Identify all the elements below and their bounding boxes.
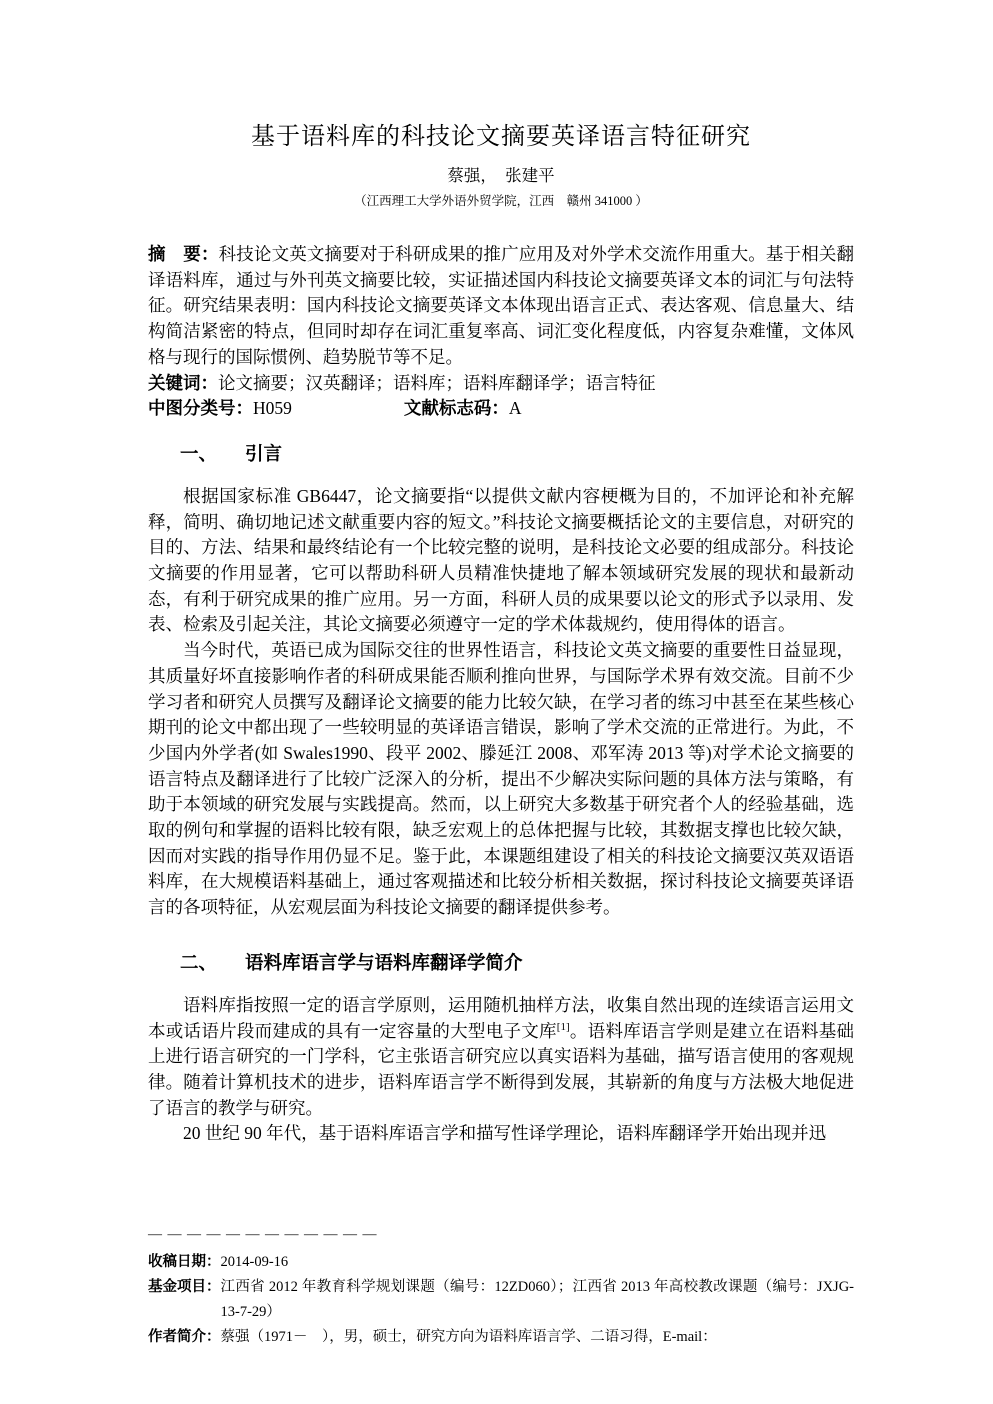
received-date-value: 2014-09-16: [221, 1250, 855, 1275]
section-1-heading: 一、引言: [180, 442, 854, 468]
footnote-fund-row: 基金项目： 江西省 2012 年教育科学规划课题（编号：12ZD060）；江西省…: [148, 1275, 854, 1325]
abstract-block: 摘 要：科技论文英文摘要对于科研成果的推广应用及对外学术交流作用重大。基于相关翻…: [148, 242, 854, 371]
footnote-author-row: 作者简介： 蔡强（1971－ ），男，硕士，研究方向为语料库语言学、二语习得，E…: [148, 1325, 854, 1350]
paper-affiliation: （江西理工大学外语外贸学院，江西 赣州 341000 ）: [148, 192, 854, 210]
section-2-paragraph-1: 语料库指按照一定的语言学原则，运用随机抽样方法，收集自然出现的连续语言运用文本或…: [148, 993, 854, 1122]
fund-project-label: 基金项目：: [148, 1275, 221, 1300]
author-bio-label: 作者简介：: [148, 1325, 221, 1350]
clc-value: H059: [253, 398, 292, 418]
footnote-received-row: 收稿日期： 2014-09-16: [148, 1250, 854, 1275]
section-1-number: 一、: [180, 445, 217, 465]
paper-page: 基于语料库的科技论文摘要英译语言特征研究 蔡强， 张建平 （江西理工大学外语外贸…: [0, 0, 993, 1404]
citation-reference-1: [1]: [557, 1021, 570, 1033]
section-2-number: 二、: [180, 954, 217, 974]
footnote-separator: — — — — — — — — — — — —: [148, 1222, 854, 1247]
doc-code-label: 文献标志码：: [404, 398, 509, 418]
doc-code-value: A: [509, 398, 522, 418]
fund-project-value: 江西省 2012 年教育科学规划课题（编号：12ZD060）；江西省 2013 …: [221, 1275, 855, 1325]
section-1-paragraph-1: 根据国家标准 GB6447，论文摘要指“以提供文献内容梗概为目的，不加评论和补充…: [148, 484, 854, 638]
abstract-text: 科技论文英文摘要对于科研成果的推广应用及对外学术交流作用重大。基于相关翻译语料库…: [148, 244, 854, 367]
keywords-label: 关键词：: [148, 373, 218, 393]
section-2-paragraph-2: 20 世纪 90 年代，基于语料库语言学和描写性译学理论，语料库翻译学开始出现并…: [148, 1121, 854, 1147]
keywords-line: 关键词：论文摘要；汉英翻译；语料库；语料库翻译学；语言特征: [148, 371, 854, 397]
paper-content: 基于语料库的科技论文摘要英译语言特征研究 蔡强， 张建平 （江西理工大学外语外贸…: [148, 120, 854, 1147]
received-date-label: 收稿日期：: [148, 1250, 221, 1275]
section-2-title: 语料库语言学与语料库翻译学简介: [245, 954, 523, 974]
section-1-paragraph-2: 当今时代，英语已成为国际交往的世界性语言，科技论文英文摘要的重要性日益显现，其质…: [148, 638, 854, 921]
abstract-label: 摘 要：: [148, 244, 219, 264]
section-2-heading: 二、语料库语言学与语料库翻译学简介: [180, 951, 854, 977]
author-bio-value: 蔡强（1971－ ），男，硕士，研究方向为语料库语言学、二语习得，E-mail：: [221, 1325, 855, 1350]
paper-title: 基于语料库的科技论文摘要英译语言特征研究: [148, 120, 854, 154]
classification-line: 中图分类号：H059文献标志码：A: [148, 396, 854, 422]
keywords-text: 论文摘要；汉英翻译；语料库；语料库翻译学；语言特征: [218, 373, 656, 393]
section-1-title: 引言: [245, 445, 282, 465]
paper-authors: 蔡强， 张建平: [148, 164, 854, 188]
clc-label: 中图分类号：: [148, 398, 253, 418]
footnote-block: — — — — — — — — — — — — 收稿日期： 2014-09-16…: [148, 1222, 854, 1350]
